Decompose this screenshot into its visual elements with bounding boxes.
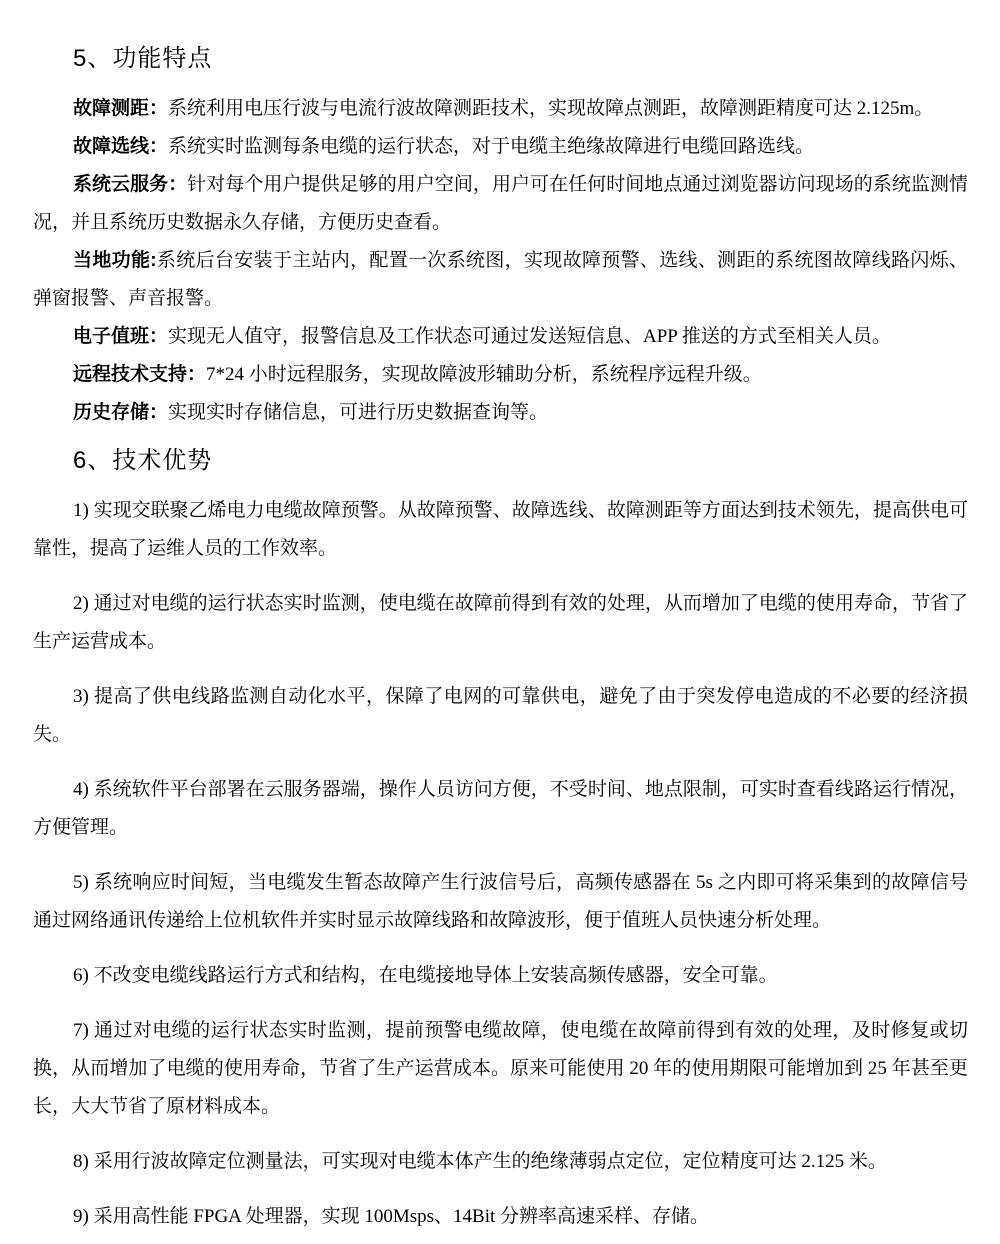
feature-paragraph-cloud-service: 系统云服务：针对每个用户提供足够的用户空间，用户可在任何时间地点通过浏览器访问现… xyxy=(33,166,968,242)
advantage-item-2: 2) 通过对电缆的运行状态实时监测，使电缆在故障前得到有效的处理，从而增加了电缆… xyxy=(33,585,968,661)
features-heading: 5、功能特点 xyxy=(73,42,968,76)
feature-text: 系统利用电压行波与电流行波故障测距技术，实现故障点测距，故障测距精度可达 2.1… xyxy=(168,98,933,119)
feature-text: 7*24 小时远程服务，实现故障波形辅助分析，系统程序远程升级。 xyxy=(206,364,762,385)
section-features: 5、功能特点 故障测距：系统利用电压行波与电流行波故障测距技术，实现故障点测距，… xyxy=(33,42,968,432)
feature-lead: 历史存储： xyxy=(73,402,168,423)
advantage-item-9: 9) 采用高性能 FPGA 处理器，实现 100Msps、14Bit 分辨率高速… xyxy=(33,1198,968,1236)
advantages-heading: 6、技术优势 xyxy=(73,444,968,478)
feature-lead: 当地功能: xyxy=(73,250,157,271)
advantage-item-3: 3) 提高了供电线路监测自动化水平，保障了电网的可靠供电，避免了由于突发停电造成… xyxy=(33,678,968,754)
advantage-item-1: 1) 实现交联聚乙烯电力电缆故障预警。从故障预警、故障选线、故障测距等方面达到技… xyxy=(33,492,968,568)
feature-paragraph-electronic-duty: 电子值班：实现无人值守，报警信息及工作状态可通过发送短信息、APP 推送的方式至… xyxy=(33,318,968,356)
feature-text: 系统实时监测每条电缆的运行状态，对于电缆主绝缘故障进行电缆回路选线。 xyxy=(168,136,814,157)
section-advantages: 6、技术优势 1) 实现交联聚乙烯电力电缆故障预警。从故障预警、故障选线、故障测… xyxy=(33,444,968,1236)
feature-lead: 故障选线： xyxy=(73,136,168,157)
advantage-item-4: 4) 系统软件平台部署在云服务器端，操作人员访问方便，不受时间、地点限制，可实时… xyxy=(33,771,968,847)
advantage-item-5: 5) 系统响应时间短，当电缆发生暂态故障产生行波信号后，高频传感器在 5s 之内… xyxy=(33,864,968,940)
feature-paragraph-local-function: 当地功能:系统后台安装于主站内，配置一次系统图，实现故障预警、选线、测距的系统图… xyxy=(33,242,968,318)
feature-paragraph-history-storage: 历史存储：实现实时存储信息，可进行历史数据查询等。 xyxy=(33,394,968,432)
feature-paragraph-fault-line-selection: 故障选线：系统实时监测每条电缆的运行状态，对于电缆主绝缘故障进行电缆回路选线。 xyxy=(33,128,968,166)
advantage-item-8: 8) 采用行波故障定位测量法，可实现对电缆本体产生的绝缘薄弱点定位，定位精度可达… xyxy=(33,1143,968,1181)
document-page: 5、功能特点 故障测距：系统利用电压行波与电流行波故障测距技术，实现故障点测距，… xyxy=(0,0,1000,1244)
feature-paragraph-remote-support: 远程技术支持：7*24 小时远程服务，实现故障波形辅助分析，系统程序远程升级。 xyxy=(33,356,968,394)
feature-paragraph-fault-ranging: 故障测距：系统利用电压行波与电流行波故障测距技术，实现故障点测距，故障测距精度可… xyxy=(33,90,968,128)
feature-lead: 系统云服务： xyxy=(73,174,187,195)
advantage-item-6: 6) 不改变电缆线路运行方式和结构，在电缆接地导体上安装高频传感器，安全可靠。 xyxy=(33,957,968,995)
feature-text: 实现无人值守，报警信息及工作状态可通过发送短信息、APP 推送的方式至相关人员。 xyxy=(168,326,891,347)
feature-lead: 远程技术支持： xyxy=(73,364,206,385)
feature-lead: 故障测距： xyxy=(73,98,168,119)
feature-text: 实现实时存储信息，可进行历史数据查询等。 xyxy=(168,402,548,423)
feature-lead: 电子值班： xyxy=(73,326,168,347)
feature-text: 系统后台安装于主站内，配置一次系统图，实现故障预警、选线、测距的系统图故障线路闪… xyxy=(33,250,968,309)
advantage-item-7: 7) 通过对电缆的运行状态实时监测，提前预警电缆故障，使电缆在故障前得到有效的处… xyxy=(33,1012,968,1126)
